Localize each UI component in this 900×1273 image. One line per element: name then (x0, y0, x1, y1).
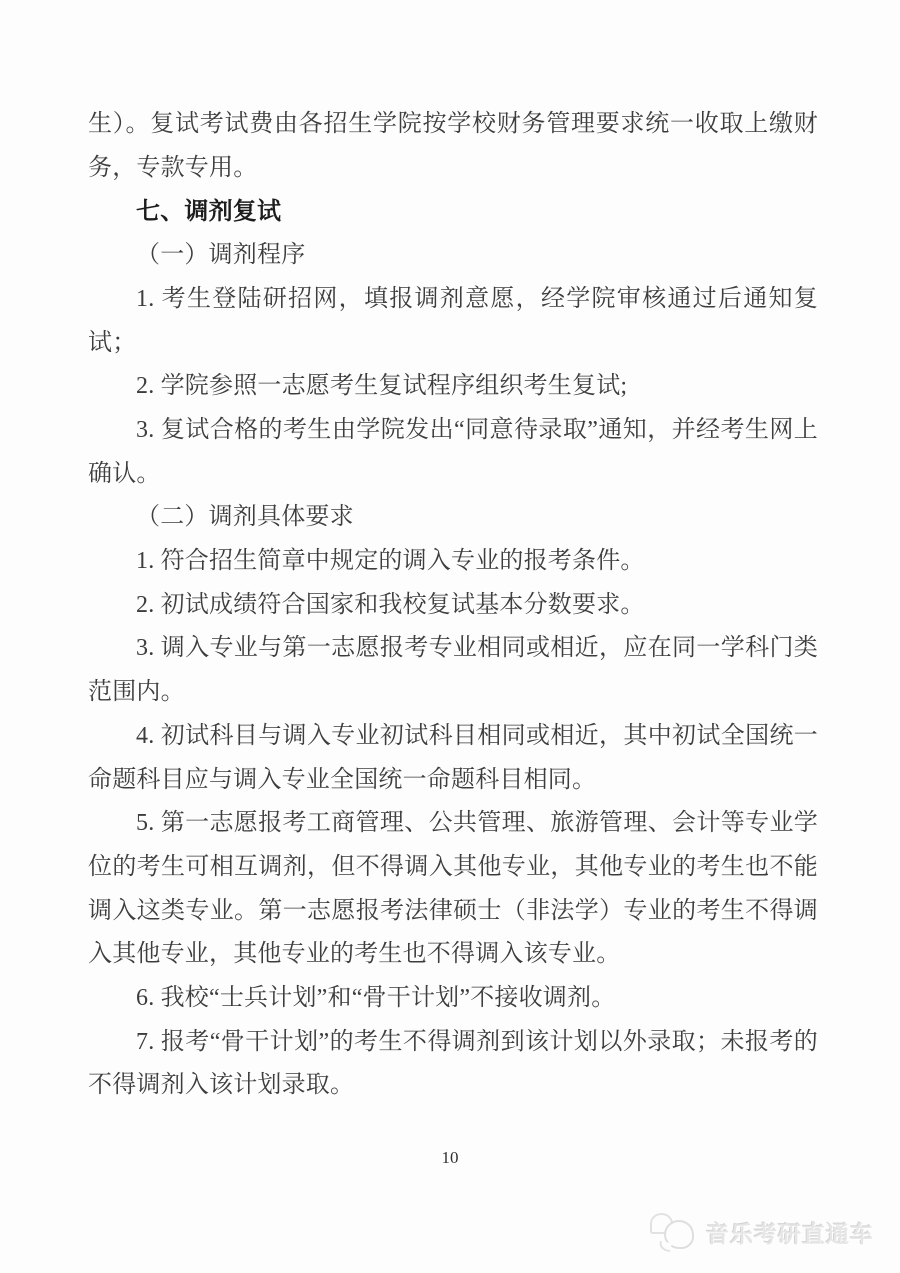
paragraph-continuation: 生）。复试考试费由各招生学院按学校财务管理要求统一收取上缴财务，专款专用。 (88, 103, 818, 190)
logo-bubble-tail (658, 1241, 672, 1252)
watermark-label: 音乐考研直通车 (706, 1216, 874, 1249)
list-item: 1. 符合招生简章中规定的调入专业的报考条件。 (88, 540, 818, 584)
list-item: 4. 初试科目与调入专业初试科目相同或相近，其中初试全国统一命题科目应与调入专业… (88, 715, 818, 802)
watermark: 音乐考研直通车 (649, 1207, 874, 1257)
list-item: 6. 我校“士兵计划”和“骨干计划”不接收调剂。 (88, 977, 818, 1021)
speech-bubble-logo-icon (649, 1209, 697, 1255)
list-item: 5. 第一志愿报考工商管理、公共管理、旅游管理、会计等专业学位的考生可相互调剂，… (88, 802, 818, 977)
list-item: 2. 学院参照一志愿考生复试程序组织考生复试; (88, 365, 818, 409)
subsection-heading: （二）调剂具体要求 (88, 496, 818, 540)
subsection-heading: （一）调剂程序 (88, 234, 818, 278)
list-item: 3. 复试合格的考生由学院发出“同意待录取”通知，并经考生网上确认。 (88, 409, 818, 496)
document-body: 生）。复试考试费由各招生学院按学校财务管理要求统一收取上缴财务，专款专用。 七、… (88, 103, 818, 1108)
document-page: 生）。复试考试费由各招生学院按学校财务管理要求统一收取上缴财务，专款专用。 七、… (0, 0, 900, 1273)
section-heading: 七、调剂复试 (88, 190, 818, 234)
list-item: 2. 初试成绩符合国家和我校复试基本分数要求。 (88, 584, 818, 628)
list-item: 3. 调入专业与第一志愿报考专业相同或相近，应在同一学科门类范围内。 (88, 627, 818, 714)
list-item: 7. 报考“骨干计划”的考生不得调剂到该计划以外录取；未报考的不得调剂入该计划录… (88, 1021, 818, 1108)
list-item: 1. 考生登陆研招网，填报调剂意愿，经学院审核通过后通知复试； (88, 278, 818, 365)
page-number: 10 (0, 1148, 900, 1168)
